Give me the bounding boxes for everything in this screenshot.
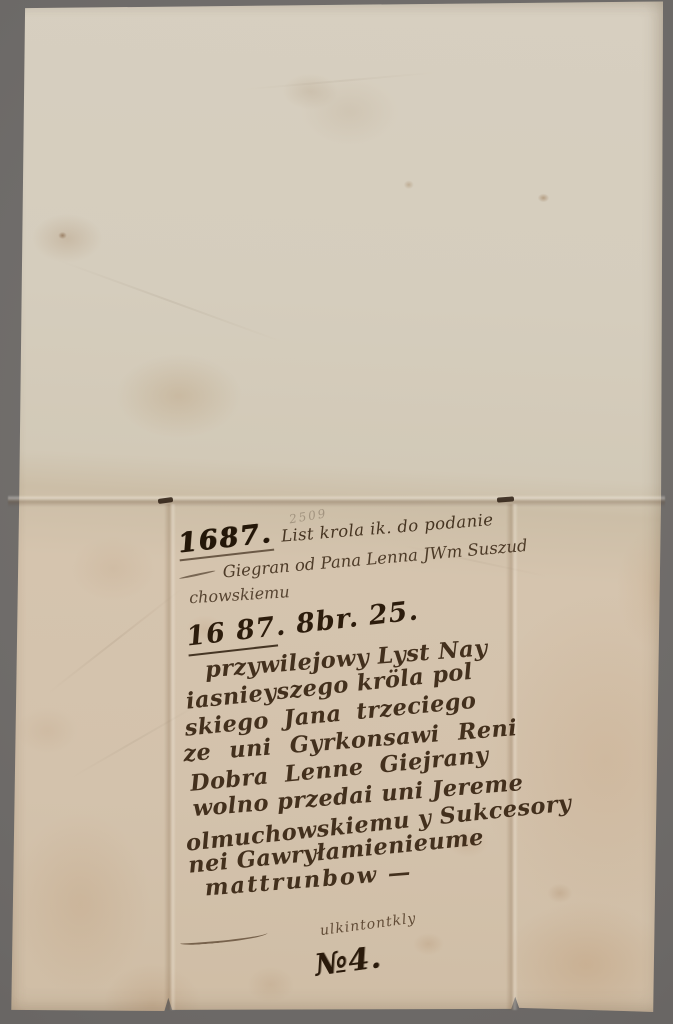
vertical-fold-crease-left bbox=[164, 504, 176, 1010]
horizontal-fold-crease bbox=[8, 495, 665, 507]
document-photo: 2509 1687. List krola ik. do podanie Gie… bbox=[0, 0, 673, 1024]
signature: ulkintontkly bbox=[319, 911, 417, 940]
handwritten-note: 2509 1687. List krola ik. do podanie Gie… bbox=[177, 509, 539, 983]
archival-year: 1687. bbox=[176, 519, 274, 561]
ink-flourish bbox=[179, 569, 216, 579]
date-rest: . 8br. 25. bbox=[274, 595, 421, 642]
signature-flourish bbox=[180, 930, 268, 946]
document-number: №4. bbox=[313, 940, 384, 983]
handwriting-lines: przywilejowy Lyst Nayiasnieyszego kröla … bbox=[180, 641, 536, 898]
